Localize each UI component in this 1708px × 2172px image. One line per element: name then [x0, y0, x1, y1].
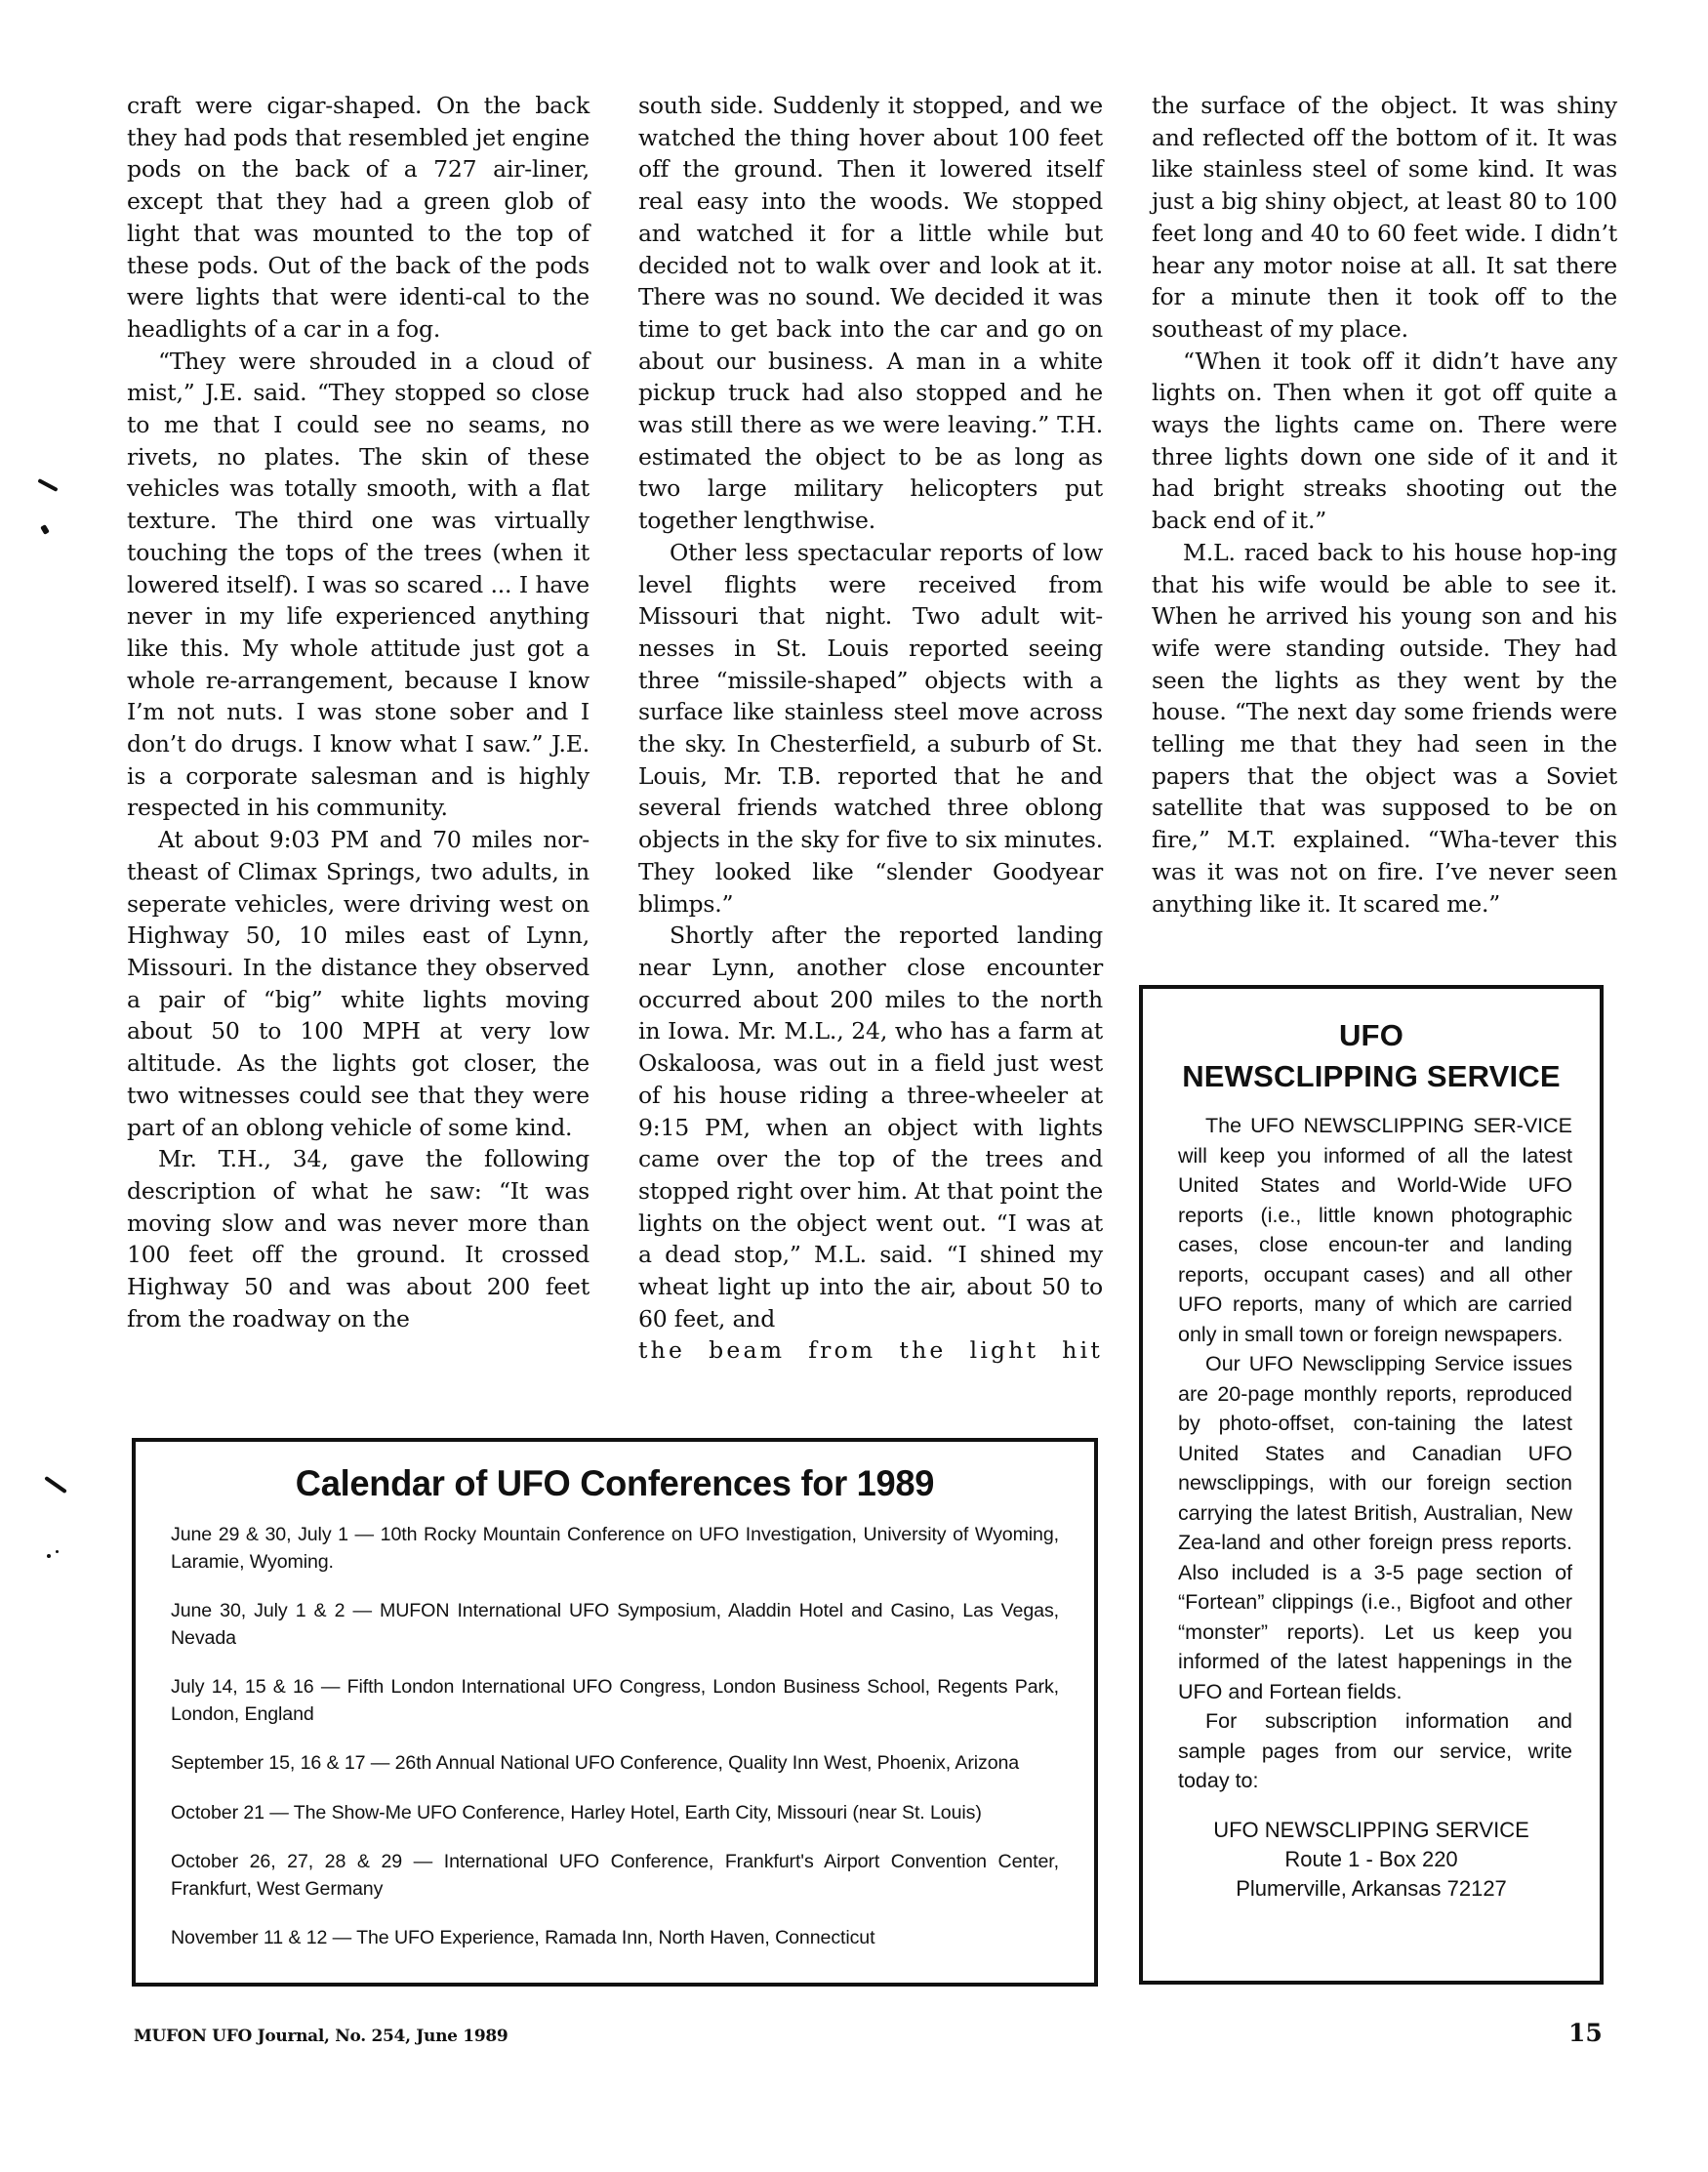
- article-paragraph: south side. Suddenly it stopped, and we …: [638, 90, 1103, 537]
- calendar-event: June 30, July 1 & 2 — MUFON Internationa…: [171, 1598, 1059, 1652]
- newsclipping-paragraph: Our UFO Newsclipping Service issues are …: [1178, 1349, 1572, 1706]
- address-name: UFO NEWSCLIPPING SERVICE: [1143, 1816, 1600, 1845]
- article-paragraph: Mr. T.H., 34, gave the following descrip…: [127, 1143, 590, 1334]
- article-paragraph: Shortly after the reported landing near …: [638, 920, 1103, 1334]
- newsclipping-paragraph: For subscription information and sample …: [1178, 1706, 1572, 1796]
- scan-mark: [44, 1476, 67, 1494]
- article-paragraph: “They were shrouded in a cloud of mist,”…: [127, 346, 590, 825]
- calendar-title: Calendar of UFO Conferences for 1989: [145, 1463, 1084, 1504]
- calendar-box: Calendar of UFO Conferences for 1989 Jun…: [132, 1438, 1098, 1987]
- calendar-event: October 21 — The Show-Me UFO Conference,…: [171, 1800, 1059, 1827]
- calendar-event: June 29 & 30, July 1 — 10th Rocky Mounta…: [171, 1522, 1059, 1576]
- publication-footer: MUFON UFO Journal, No. 254, June 1989: [134, 2027, 508, 2046]
- newsclipping-title: UFO NEWSCLIPPING SERVICE: [1143, 1015, 1600, 1097]
- page-number: 15: [1568, 2019, 1603, 2047]
- calendar-event: October 26, 27, 28 & 29 — International …: [171, 1849, 1059, 1903]
- calendar-event: September 15, 16 & 17 — 26th Annual Nati…: [171, 1750, 1059, 1778]
- scan-mark: [37, 478, 58, 492]
- scan-mark: [40, 524, 50, 535]
- article-paragraph: Other less spectacular reports of low le…: [638, 537, 1103, 920]
- article-paragraph: the surface of the object. It was shiny …: [1152, 90, 1617, 346]
- newsclipping-title-line-1: UFO: [1143, 1015, 1600, 1056]
- article-column-2: south side. Suddenly it stopped, and we …: [638, 90, 1103, 1367]
- scan-mark: [56, 1550, 59, 1553]
- newsclipping-title-line-2: NEWSCLIPPING SERVICE: [1143, 1056, 1600, 1097]
- article-paragraph-continued: the beam from the light hit: [638, 1334, 1103, 1367]
- scan-mark: [47, 1554, 51, 1558]
- article-paragraph: At about 9:03 PM and 70 miles nor-theast…: [127, 824, 590, 1143]
- article-paragraph: craft were cigar-shaped. On the back the…: [127, 90, 590, 346]
- newsclipping-ad-box: UFO NEWSCLIPPING SERVICE The UFO NEWSCLI…: [1139, 985, 1604, 1985]
- article-column-1: craft were cigar-shaped. On the back the…: [127, 90, 590, 1334]
- calendar-event: July 14, 15 & 16 — Fifth London Internat…: [171, 1674, 1059, 1728]
- calendar-event-list: June 29 & 30, July 1 — 10th Rocky Mounta…: [171, 1522, 1059, 1952]
- address-line-2: Plumerville, Arkansas 72127: [1143, 1874, 1600, 1904]
- article-column-3: the surface of the object. It was shiny …: [1152, 90, 1617, 920]
- address-line-1: Route 1 - Box 220: [1143, 1845, 1600, 1874]
- calendar-event: November 11 & 12 — The UFO Experience, R…: [171, 1925, 1059, 1952]
- magazine-page: craft were cigar-shaped. On the back the…: [0, 0, 1708, 2172]
- newsclipping-body: The UFO NEWSCLIPPING SER-VICE will keep …: [1178, 1111, 1572, 1796]
- mailing-address: UFO NEWSCLIPPING SERVICE Route 1 - Box 2…: [1143, 1816, 1600, 1904]
- article-paragraph: M.L. raced back to his house hop-ing tha…: [1152, 537, 1617, 920]
- article-paragraph: “When it took off it didn’t have any lig…: [1152, 346, 1617, 537]
- newsclipping-paragraph: The UFO NEWSCLIPPING SER-VICE will keep …: [1178, 1111, 1572, 1349]
